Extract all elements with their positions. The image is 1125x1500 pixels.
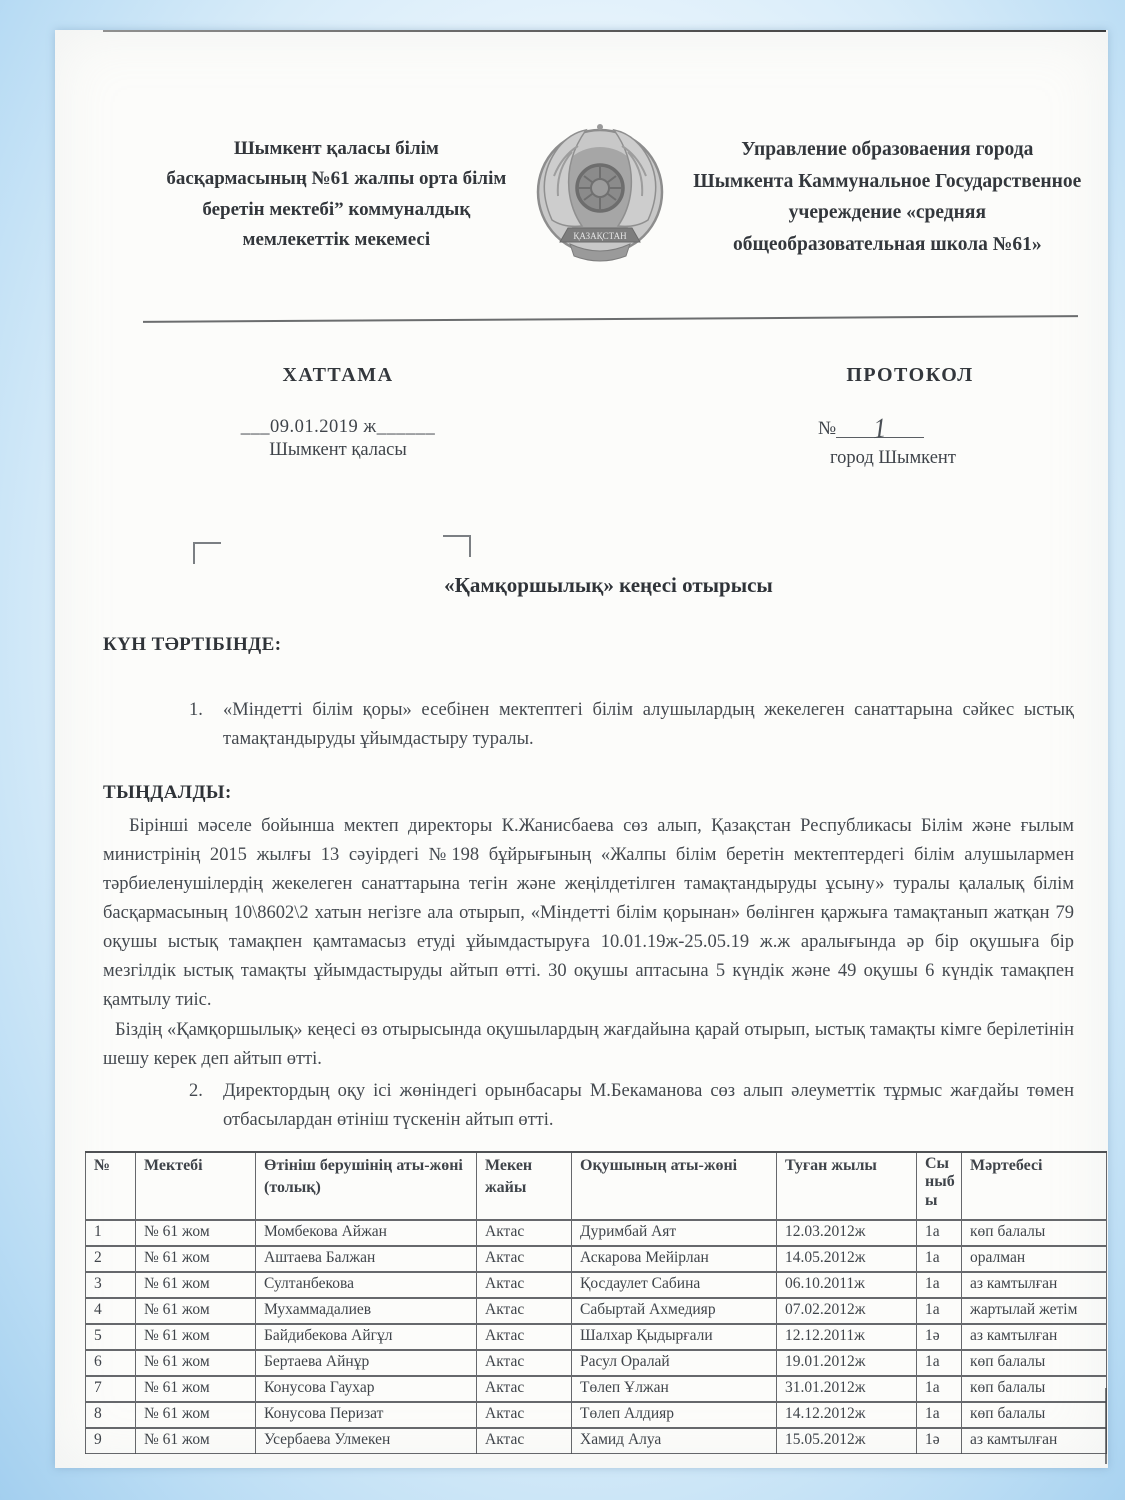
agenda-item-number: 1. xyxy=(189,696,223,754)
table-row: 7№ 61 жомКонусова ГаухарАктасТөлеп Ұлжан… xyxy=(86,1376,1107,1402)
table-cell: көп балалы xyxy=(962,1402,1107,1428)
table-cell: Бертаева Айнұр xyxy=(256,1350,477,1376)
column-header-class: Сыныбы xyxy=(917,1152,962,1220)
table-cell: 14.05.2012ж xyxy=(777,1246,917,1272)
column-header-address: Мекен жайы xyxy=(477,1152,572,1220)
number-underline: 1 xyxy=(836,413,924,438)
table-cell: Шалхар Қыдырғали xyxy=(572,1324,777,1350)
table-cell: 8 xyxy=(86,1402,136,1428)
table-cell: Конусова Перизат xyxy=(256,1402,477,1428)
document-header: Шымкент қаласы білім басқармасының №61 ж… xyxy=(55,30,1108,284)
table-cell: 14.12.2012ж xyxy=(777,1402,917,1428)
table-cell: 15.05.2012ж xyxy=(777,1428,917,1454)
table-cell: аз камтылған xyxy=(962,1324,1107,1350)
heard-item-number: 2. xyxy=(189,1077,223,1135)
table-cell: 3 xyxy=(86,1272,136,1298)
table-cell: 1а xyxy=(917,1350,962,1376)
table-cell: 2 xyxy=(86,1246,136,1272)
emblem-banner-text: ҚАЗАҚСТАН xyxy=(573,231,627,241)
number-label: № xyxy=(818,418,836,439)
table-cell: Актас xyxy=(477,1298,572,1324)
place-russian: город Шымкент xyxy=(760,448,1060,469)
table-cell: Дуримбай Аят xyxy=(572,1220,777,1246)
table-cell: 7 xyxy=(86,1376,136,1402)
crop-mark-right xyxy=(443,535,471,557)
table-cell: аз камтылған xyxy=(962,1428,1107,1454)
table-cell: 06.10.2011ж xyxy=(777,1272,917,1298)
table-cell: Расул Оралай xyxy=(572,1350,777,1376)
agenda-item-text: «Міндетті білім қоры» есебінен мектептег… xyxy=(223,696,1074,754)
heard-item-text: Директордың оқу ісі жөніндегі орынбасары… xyxy=(223,1077,1074,1135)
table-cell: № 61 жом xyxy=(136,1376,256,1402)
table-row: 3№ 61 жомСултанбековаАктасҚосдаулет Саби… xyxy=(86,1272,1107,1298)
table-cell: 1а xyxy=(917,1376,962,1402)
kazakhstan-emblem-icon: ҚАЗАҚСТАН xyxy=(508,116,693,284)
header-divider xyxy=(143,315,1078,323)
applicants-table: № Мектебі Өтініш берушінің аты-жөні (тол… xyxy=(85,1151,1107,1454)
table-row: 5№ 61 жомБайдибекова АйгұлАктасШалхар Қы… xyxy=(86,1324,1107,1350)
table-cell: Төлеп Алдияр xyxy=(572,1402,777,1428)
table-cell: № 61 жом xyxy=(136,1428,256,1454)
table-row: 8№ 61 жомКонусова ПеризатАктасТөлеп Алди… xyxy=(86,1402,1107,1428)
doc-type-kazakh: ХАТТАМА xyxy=(170,364,506,387)
table-cell: 31.01.2012ж xyxy=(777,1376,917,1402)
table-cell: Актас xyxy=(477,1324,572,1350)
table-cell: Актас xyxy=(477,1220,572,1246)
table-cell: 1ә xyxy=(917,1428,962,1454)
table-cell: Актас xyxy=(477,1402,572,1428)
table-cell: 1 xyxy=(86,1220,136,1246)
table-row: 2№ 61 жомАштаева БалжанАктасАскарова Мей… xyxy=(86,1246,1107,1272)
table-cell: Байдибекова Айгұл xyxy=(256,1324,477,1350)
heard-heading: ТЫҢДАЛДЫ: xyxy=(103,778,1074,808)
table-cell: Сабыртай Ахмедияр xyxy=(572,1298,777,1324)
agenda-item: 1. «Міндетті білім қоры» есебінен мектеп… xyxy=(103,696,1074,754)
meta-right-block: ПРОТОКОЛ №1 город Шымкент xyxy=(760,364,1060,469)
meeting-title: «Қамқоршылық» кеңесі отырысы xyxy=(55,573,1108,598)
table-row: 6№ 61 жомБертаева АйнұрАктасРасул Оралай… xyxy=(86,1350,1107,1376)
table-cell: көп балалы xyxy=(962,1350,1107,1376)
table-cell: 4 xyxy=(86,1298,136,1324)
table-cell: 12.03.2012ж xyxy=(777,1220,917,1246)
table-row: 4№ 61 жомМухаммадалиевАктасСабыртай Ахме… xyxy=(86,1298,1107,1324)
table-cell: Актас xyxy=(477,1246,572,1272)
scan-right-edge-line xyxy=(1105,1388,1107,1464)
table-cell: 12.12.2011ж xyxy=(777,1324,917,1350)
heard-paragraph-1: Бірінші мәселе бойынша мектеп директоры … xyxy=(103,812,1074,1015)
heard-paragraph-2: Біздің «Қамқоршылық» кеңесі өз отырысынд… xyxy=(103,1016,1074,1074)
meta-left-block: ХАТТАМА ___09.01.2019 ж______ Шымкент қа… xyxy=(170,364,506,469)
table-cell: 07.02.2012ж xyxy=(777,1298,917,1324)
table-cell: көп балалы xyxy=(962,1220,1107,1246)
table-cell: № 61 жом xyxy=(136,1350,256,1376)
table-cell: Аштаева Балжан xyxy=(256,1246,477,1272)
document-paper: Шымкент қаласы білім басқармасының №61 ж… xyxy=(55,30,1108,1468)
table-cell: 1а xyxy=(917,1298,962,1324)
table-cell: № 61 жом xyxy=(136,1298,256,1324)
table-cell: Актас xyxy=(477,1428,572,1454)
table-cell: Момбекова Айжан xyxy=(256,1220,477,1246)
place-kazakh: Шымкент қаласы xyxy=(170,440,506,461)
page-background: { "header": { "org_left": "Шымкент қалас… xyxy=(0,0,1125,1500)
doc-type-russian: ПРОТОКОЛ xyxy=(760,364,1060,387)
table-cell: 9 xyxy=(86,1428,136,1454)
table-cell: Хамид Алуа xyxy=(572,1428,777,1454)
column-header-no: № xyxy=(86,1152,136,1220)
column-header-school: Мектебі xyxy=(136,1152,256,1220)
protocol-number: №1 xyxy=(760,413,1060,440)
crop-mark-left xyxy=(193,542,221,564)
table-cell: Актас xyxy=(477,1376,572,1402)
column-header-applicant: Өтініш берушінің аты-жөні (толық) xyxy=(256,1152,477,1220)
handwritten-number: 1 xyxy=(873,415,887,442)
table-cell: Султанбекова xyxy=(256,1272,477,1298)
column-header-birthyear: Туған жылы xyxy=(777,1152,917,1220)
table-cell: № 61 жом xyxy=(136,1324,256,1350)
table-cell: № 61 жом xyxy=(136,1246,256,1272)
document-body: КҮН ТӘРТІБІНДЕ: 1. «Міндетті білім қоры»… xyxy=(103,630,1074,1135)
column-header-student: Оқушының аты-жөні xyxy=(572,1152,777,1220)
table-cell: оралман xyxy=(962,1246,1107,1272)
heard-item: 2. Директордың оқу ісі жөніндегі орынбас… xyxy=(103,1077,1074,1135)
table-cell: Актас xyxy=(477,1350,572,1376)
table-cell: Төлеп Ұлжан xyxy=(572,1376,777,1402)
table-cell: № 61 жом xyxy=(136,1220,256,1246)
table-cell: 1а xyxy=(917,1246,962,1272)
table-cell: 1ә xyxy=(917,1324,962,1350)
scan-top-edge-line xyxy=(103,30,1106,32)
org-name-kazakh: Шымкент қаласы білім басқармасының №61 ж… xyxy=(165,134,508,284)
org-name-russian: Управление образоваения города Шымкента … xyxy=(693,134,1082,284)
table-cell: Актас xyxy=(477,1272,572,1298)
column-header-status: Мәртебесі xyxy=(962,1152,1107,1220)
table-cell: Усербаева Улмекен xyxy=(256,1428,477,1454)
agenda-heading: КҮН ТӘРТІБІНДЕ: xyxy=(103,630,1074,660)
table-cell: 1а xyxy=(917,1402,962,1428)
protocol-date: ___09.01.2019 ж______ xyxy=(170,417,506,438)
table-cell: 19.01.2012ж xyxy=(777,1350,917,1376)
table-row: 9№ 61 жомУсербаева УлмекенАктасХамид Алу… xyxy=(86,1428,1107,1454)
table-cell: Аскарова Мейірлан xyxy=(572,1246,777,1272)
table-cell: жартылай жетім xyxy=(962,1298,1107,1324)
protocol-meta: ХАТТАМА ___09.01.2019 ж______ Шымкент қа… xyxy=(55,364,1108,469)
table-body: 1№ 61 жомМомбекова АйжанАктасДуримбай Ая… xyxy=(86,1220,1107,1454)
table-cell: көп балалы xyxy=(962,1376,1107,1402)
table-header-row: № Мектебі Өтініш берушінің аты-жөні (тол… xyxy=(86,1152,1107,1220)
table-cell: аз камтылған xyxy=(962,1272,1107,1298)
table-cell: № 61 жом xyxy=(136,1402,256,1428)
table-cell: Қосдаулет Сабина xyxy=(572,1272,777,1298)
table-cell: Мухаммадалиев xyxy=(256,1298,477,1324)
table-cell: 1а xyxy=(917,1220,962,1246)
table-cell: 5 xyxy=(86,1324,136,1350)
table-row: 1№ 61 жомМомбекова АйжанАктасДуримбай Ая… xyxy=(86,1220,1107,1246)
table-cell: 1а xyxy=(917,1272,962,1298)
table-cell: 6 xyxy=(86,1350,136,1376)
table-cell: Конусова Гаухар xyxy=(256,1376,477,1402)
table-cell: № 61 жом xyxy=(136,1272,256,1298)
